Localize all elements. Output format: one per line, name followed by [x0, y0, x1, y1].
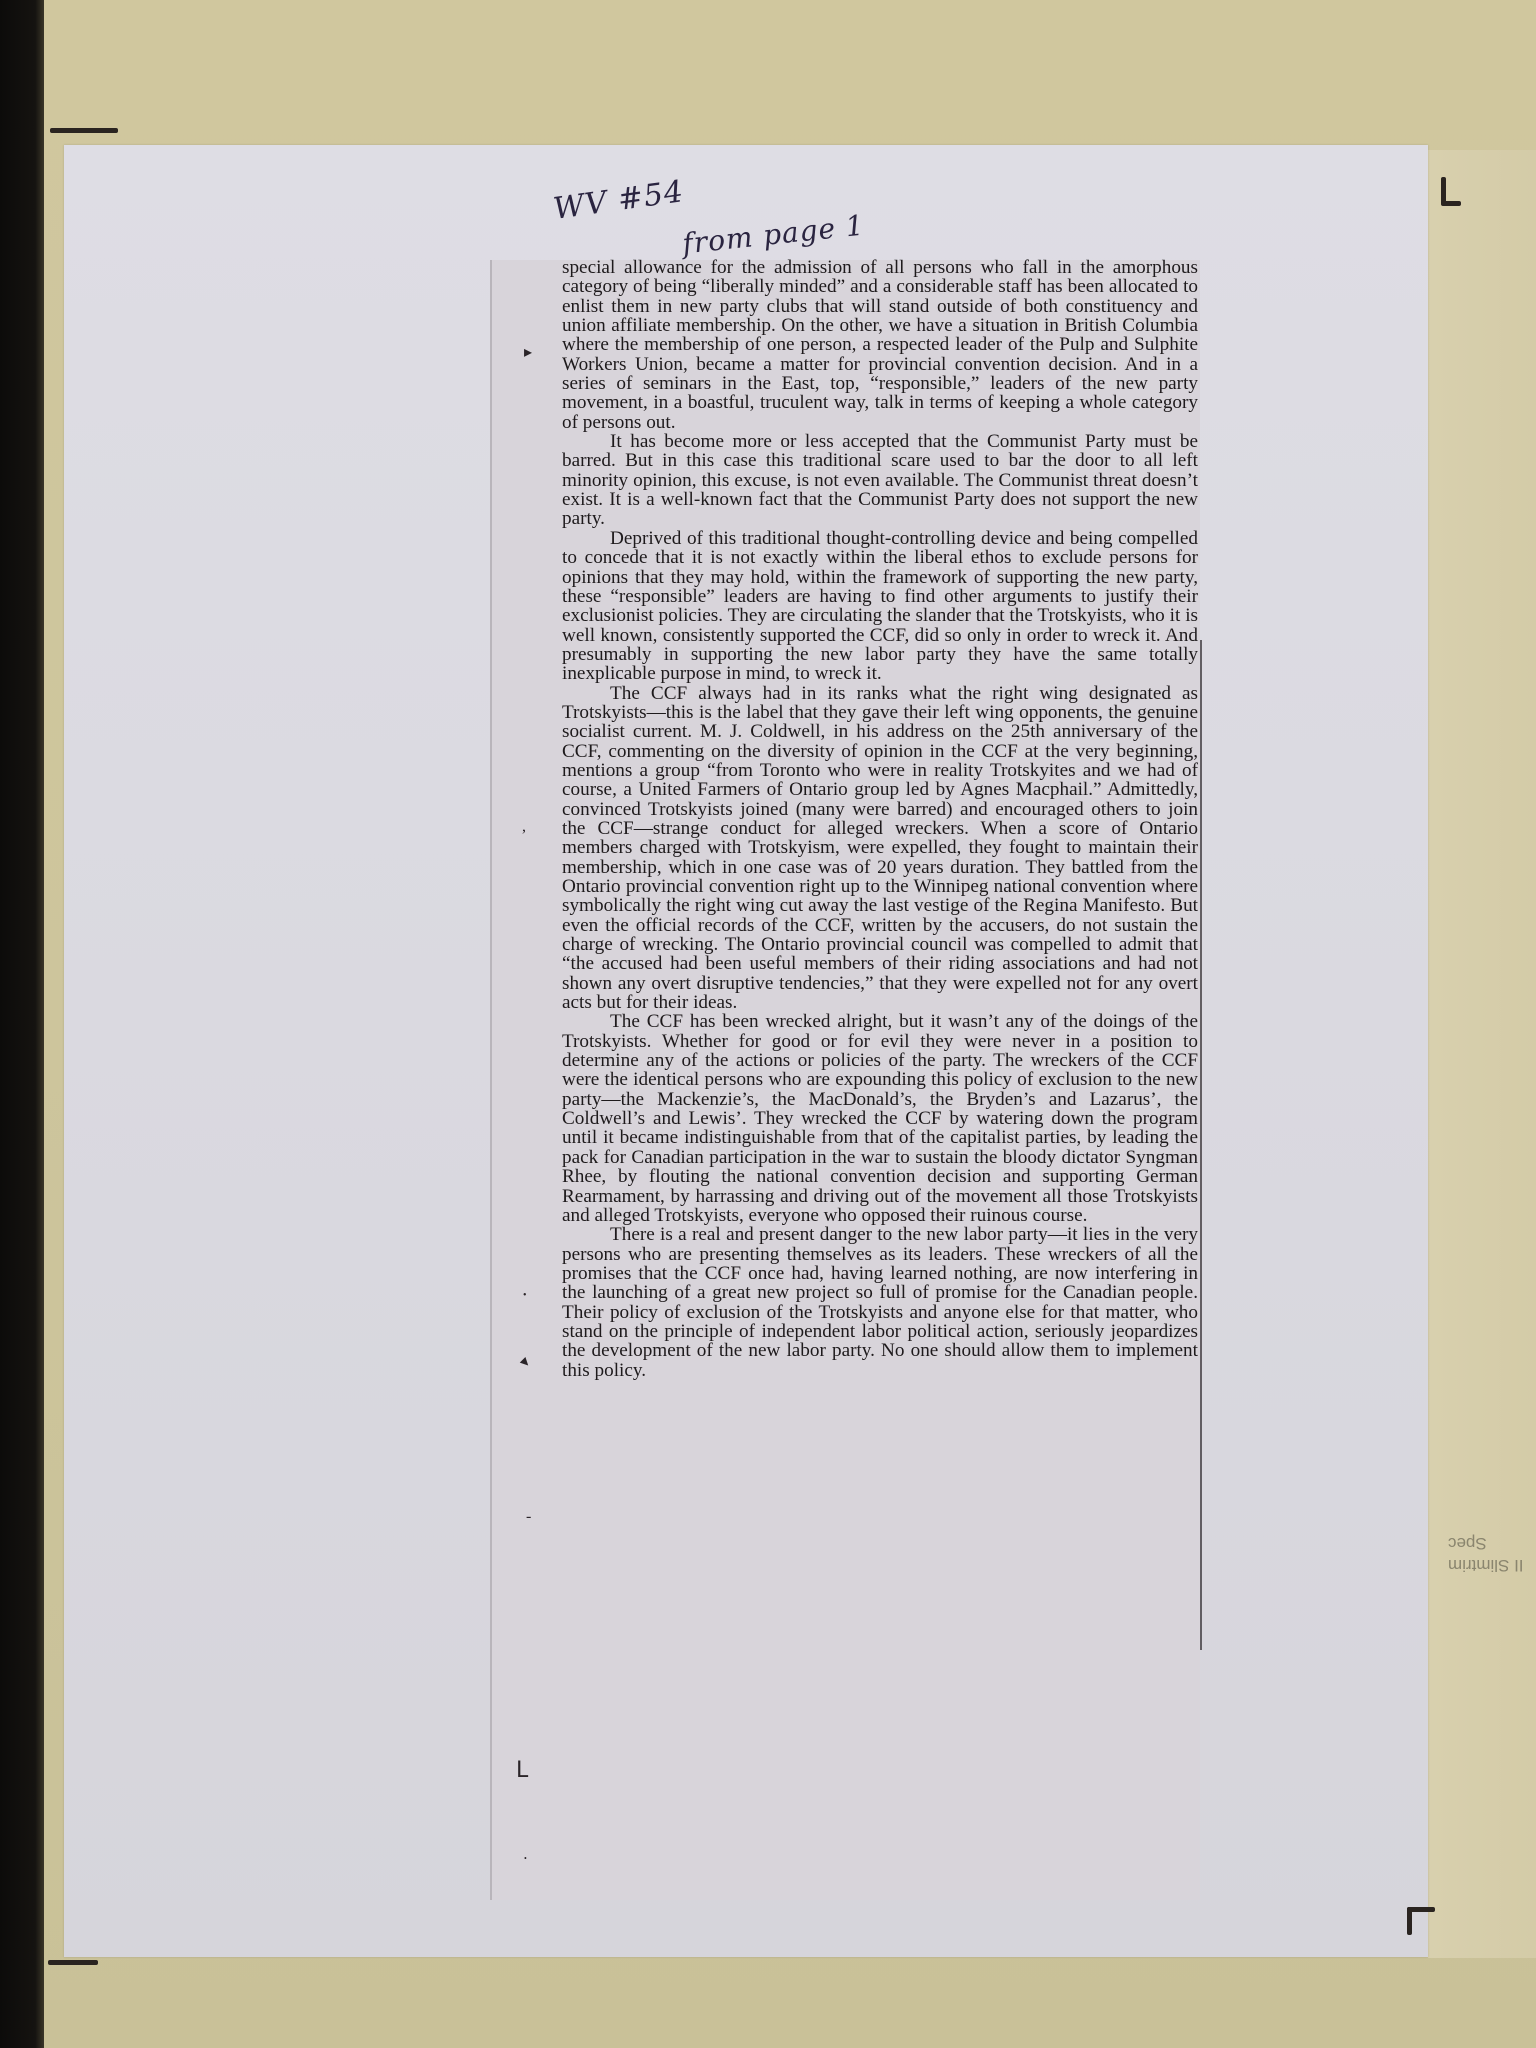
article-paragraph: Deprived of this traditional thought-con…: [562, 529, 1198, 684]
article-paragraph: The CCF has been wrecked alright, but it…: [562, 1012, 1198, 1225]
article-body: special allowance for the admission of a…: [562, 258, 1198, 1380]
mirrored-background-label: II Slimtrim Spec: [1448, 1532, 1528, 1576]
article-paragraph: The CCF always had in its ranks what the…: [562, 684, 1198, 1013]
crop-mark-bottom-right-vertical: [1407, 1907, 1412, 1935]
dot-marker: •: [524, 1854, 527, 1863]
article-paragraph: special allowance for the admission of a…: [562, 258, 1198, 432]
crop-mark-bottom-left: [48, 1960, 98, 1965]
column-rule: [1200, 640, 1202, 1650]
mirrored-label-line: Spec: [1448, 1532, 1528, 1554]
letter-l-marker: L: [516, 1758, 528, 1783]
crop-mark-top-right-horizontal: [1441, 201, 1461, 206]
clipping-edge: [490, 260, 492, 1900]
dot-marker: •: [523, 1290, 527, 1301]
article-paragraph: It has become more or less accepted that…: [562, 432, 1198, 529]
article-paragraph: There is a real and present danger to th…: [562, 1225, 1198, 1380]
crop-mark-top-left: [50, 128, 118, 133]
arrow-marker-icon: ▸: [524, 342, 532, 362]
mirrored-label-line: II Slimtrim: [1448, 1554, 1528, 1576]
dark-left-border: [0, 0, 44, 2048]
dash-marker: -: [526, 1508, 531, 1526]
background-board-right: [1428, 150, 1536, 1958]
tick-marker: ,: [522, 818, 526, 836]
